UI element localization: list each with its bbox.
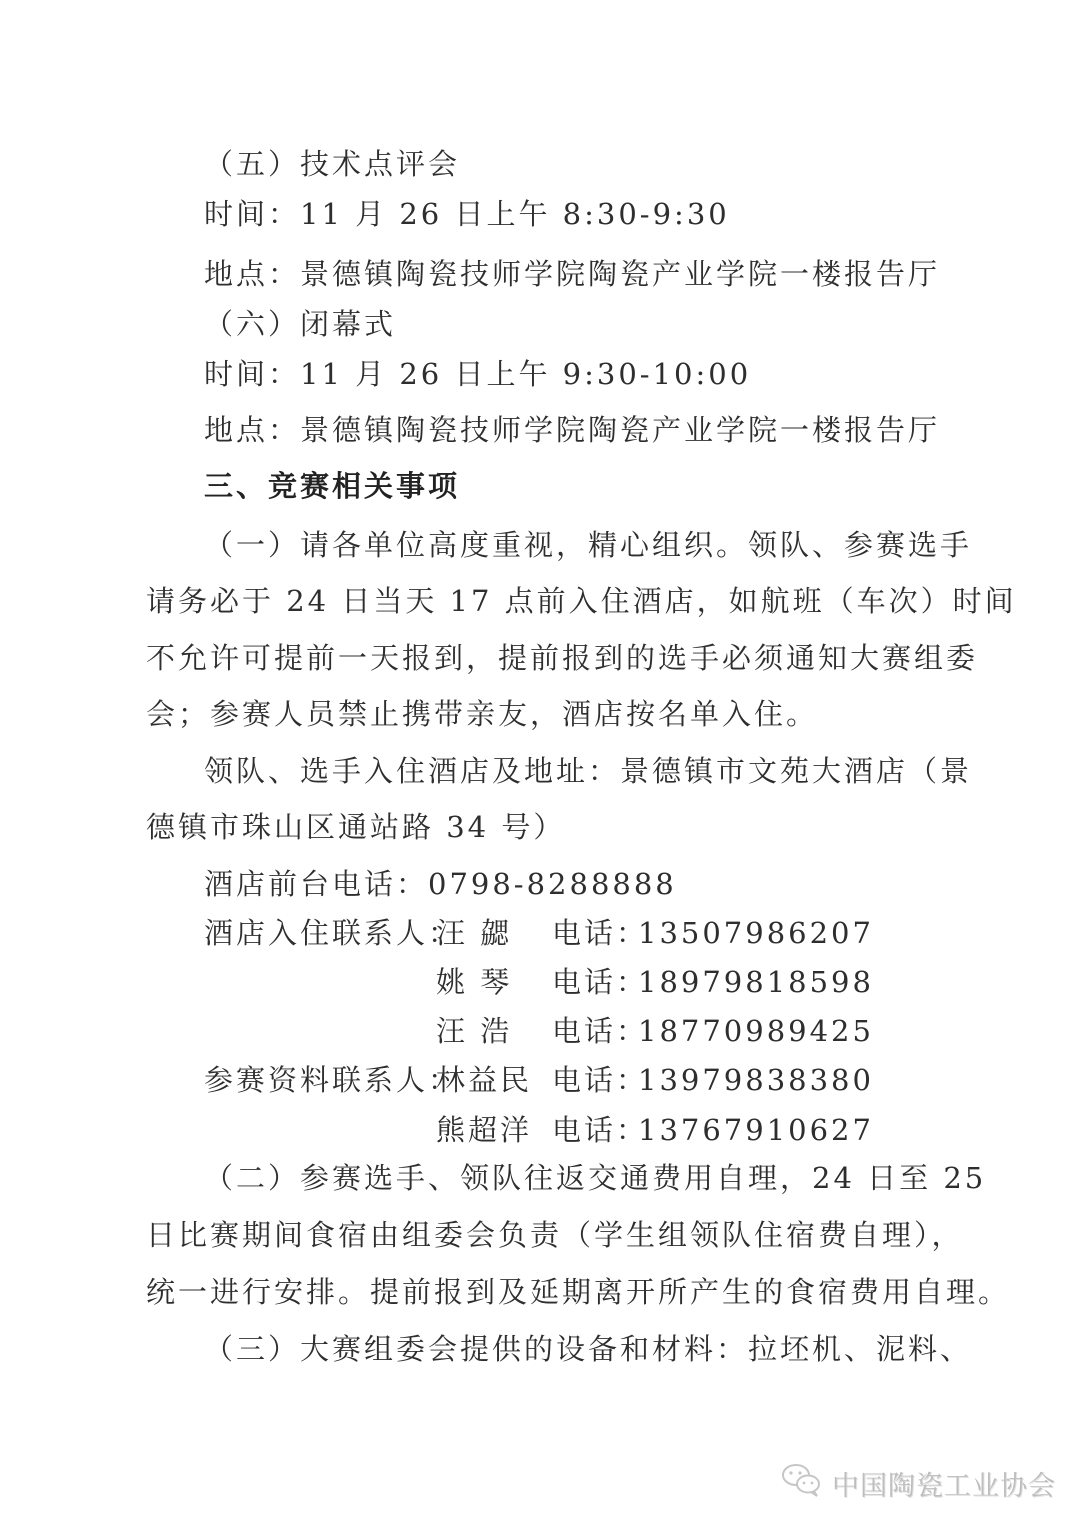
item-1-line-3: 不允许可提前一天报到，提前报到的选手必须通知大赛组委 <box>146 640 978 676</box>
contact-name: 姚 琴 <box>436 964 512 1000</box>
contact-label: 酒店入住联系人： <box>204 915 460 951</box>
section-6-place: 地点：景德镇陶瓷技师学院陶瓷产业学院一楼报告厅 <box>204 412 940 448</box>
contact-phone-label: 电话： <box>552 1013 648 1049</box>
hotel-address-line-2: 德镇市珠山区通站路 34 号） <box>146 809 565 845</box>
contact-name: 熊超洋 <box>436 1112 532 1148</box>
watermark-text: 中国陶瓷工业协会 <box>832 1464 1056 1503</box>
item-2-line-3: 统一进行安排。提前报到及延期离开所产生的食宿费用自理。 <box>146 1274 1010 1310</box>
contact-phone: 18979818598 <box>638 964 874 1000</box>
watermark: 中国陶瓷工业协会 <box>780 1462 1056 1505</box>
hotel-front-desk-phone: 酒店前台电话：0798-8288888 <box>204 866 677 902</box>
contact-phone: 13767910627 <box>638 1112 874 1148</box>
wechat-icon <box>780 1462 824 1505</box>
contact-row: 汪 浩 电话： 18770989425 <box>204 1013 904 1049</box>
contact-name: 汪 浩 <box>436 1013 512 1049</box>
contact-name: 汪 勰 <box>436 915 512 951</box>
contact-row: 姚 琴 电话： 18979818598 <box>204 964 904 1000</box>
contact-phone: 13507986207 <box>638 915 874 951</box>
contact-row: 参赛资料联系人： 林益民 电话： 13979838380 <box>204 1062 904 1098</box>
contact-phone-label: 电话： <box>552 915 648 951</box>
contact-row: 熊超洋 电话： 13767910627 <box>204 1112 904 1148</box>
section-6-time: 时间：11 月 26 日上午 9:30-10:00 <box>204 356 751 392</box>
item-1-line-1: （一）请各单位高度重视，精心组织。领队、参赛选手 <box>204 527 972 563</box>
item-1-line-2: 请务必于 24 日当天 17 点前入住酒店，如航班（车次）时间 <box>146 583 1017 619</box>
item-2-line-2: 日比赛期间食宿由组委会负责（学生组领队住宿费自理）， <box>146 1217 964 1253</box>
contact-label: 参赛资料联系人： <box>204 1062 460 1098</box>
item-2-line-1: （二）参赛选手、领队往返交通费用自理，24 日至 25 <box>204 1160 986 1196</box>
contact-phone: 13979838380 <box>638 1062 874 1098</box>
section-6-title: （六）闭幕式 <box>204 306 396 342</box>
section-5-place: 地点：景德镇陶瓷技师学院陶瓷产业学院一楼报告厅 <box>204 256 940 292</box>
contact-row: 酒店入住联系人： 汪 勰 电话： 13507986207 <box>204 915 904 951</box>
contact-name: 林益民 <box>436 1062 532 1098</box>
contact-phone-label: 电话： <box>552 1062 648 1098</box>
hotel-address-line-1: 领队、选手入住酒店及地址：景德镇市文苑大酒店（景 <box>204 753 972 789</box>
section-5-time: 时间：11 月 26 日上午 8:30-9:30 <box>204 196 730 232</box>
section-5-title: （五）技术点评会 <box>204 146 460 182</box>
item-1-line-4: 会；参赛人员禁止携带亲友，酒店按名单入住。 <box>146 696 818 732</box>
section-heading: 三、竞赛相关事项 <box>204 468 460 504</box>
contact-phone-label: 电话： <box>552 964 648 1000</box>
item-3-line-1: （三）大赛组委会提供的设备和材料：拉坯机、泥料、 <box>204 1331 972 1367</box>
contact-phone: 18770989425 <box>638 1013 874 1049</box>
contact-phone-label: 电话： <box>552 1112 648 1148</box>
